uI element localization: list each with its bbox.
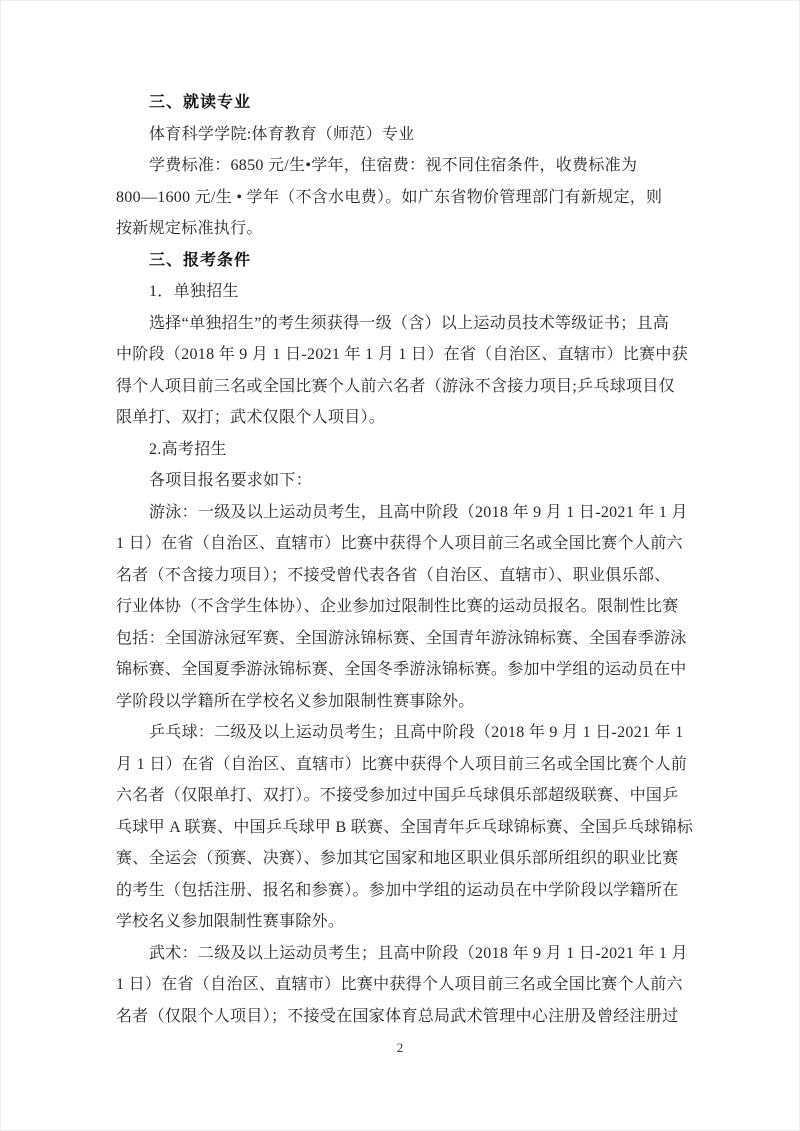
- page-number: 2: [0, 1040, 800, 1056]
- text-table-tennis-line2: 月 1 日）在省（自治区、直辖市）比赛中获得个人项目前三名或全国比赛个人前: [116, 749, 688, 781]
- text-swimming-line5: 包括：全国游泳冠军赛、全国游泳锦标赛、全国青年游泳锦标赛、全国春季游泳: [116, 623, 688, 655]
- text-table-tennis-line1: 乒乓球：二级及以上运动员考生；且高中阶段（2018 年 9 月 1 日-2021…: [116, 717, 688, 749]
- text-table-tennis-line3: 六名者（仅限单打、双打）。不接受参加过中国乒乓球俱乐部超级联赛、中国乒: [116, 780, 688, 812]
- text-swimming-line1: 游泳：一级及以上运动员考生，且高中阶段（2018 年 9 月 1 日-2021 …: [116, 497, 688, 529]
- text-tuition-fee-line1: 学费标准：6850 元/生•学年，住宿费：视不同住宿条件，收费标准为: [116, 150, 688, 182]
- text-separate-enrollment-line4: 限单打、双打；武术仅限个人项目）。: [116, 402, 688, 434]
- heading-application-requirements: 三、报考条件: [116, 245, 688, 277]
- text-requirements-intro: 各项目报名要求如下：: [116, 465, 688, 497]
- text-wushu-line1: 武术：二级及以上运动员考生；且高中阶段（2018 年 9 月 1 日-2021 …: [116, 938, 688, 970]
- text-swimming-line4: 行业体协（不含学生体协）、企业参加过限制性比赛的运动员报名。限制性比赛: [116, 591, 688, 623]
- text-swimming-line2: 1 日）在省（自治区、直辖市）比赛中获得个人项目前三名或全国比赛个人前六: [116, 528, 688, 560]
- text-separate-enrollment-line2: 中阶段（2018 年 9 月 1 日-2021 年 1 月 1 日）在省（自治区…: [116, 339, 688, 371]
- text-swimming-line6: 锦标赛、全国夏季游泳锦标赛、全国冬季游泳锦标赛。参加中学组的运动员在中: [116, 654, 688, 686]
- text-separate-enrollment-line3: 得个人项目前三名或全国比赛个人前六名者（游泳不含接力项目;乒乓球项目仅: [116, 371, 688, 403]
- text-tuition-fee-line3: 按新规定标准执行。: [116, 213, 688, 245]
- document-page: 三、就读专业 体育科学学院:体育教育（师范）专业 学费标准：6850 元/生•学…: [0, 0, 800, 1131]
- subheading-gaokao-enrollment: 2.高考招生: [116, 434, 688, 466]
- text-table-tennis-line4: 乓球甲 A 联赛、中国乒乓球甲 B 联赛、全国青年乒乓球锦标赛、全国乒乓球锦标: [116, 812, 688, 844]
- text-wushu-line3: 名者（仅限个人项目）；不接受在国家体育总局武术管理中心注册及曾经注册过: [116, 1001, 688, 1033]
- text-table-tennis-line5: 赛、全运会（预赛、决赛）、参加其它国家和地区职业俱乐部所组织的职业比赛: [116, 843, 688, 875]
- document-body: 三、就读专业 体育科学学院:体育教育（师范）专业 学费标准：6850 元/生•学…: [116, 87, 688, 1032]
- text-separate-enrollment-line1: 选择“单独招生”的考生须获得一级（含）以上运动员技术等级证书；且高: [116, 308, 688, 340]
- text-table-tennis-line6: 的考生（包括注册、报名和参赛）。参加中学组的运动员在中学阶段以学籍所在: [116, 875, 688, 907]
- text-college-and-major: 体育科学学院:体育教育（师范）专业: [116, 119, 688, 151]
- subheading-separate-enrollment: 1．单独招生: [116, 276, 688, 308]
- text-swimming-line7: 学阶段以学籍所在学校名义参加限制性赛事除外。: [116, 686, 688, 718]
- text-table-tennis-line7: 学校名义参加限制性赛事除外。: [116, 906, 688, 938]
- text-swimming-line3: 名者（不含接力项目）；不接受曾代表各省（自治区、直辖市）、职业俱乐部、: [116, 560, 688, 592]
- text-tuition-fee-line2: 800—1600 元/生 • 学年（不含水电费）。如广东省物价管理部门有新规定，…: [116, 182, 688, 214]
- heading-study-major: 三、就读专业: [116, 87, 688, 119]
- text-wushu-line2: 1 日）在省（自治区、直辖市）比赛中获得个人项目前三名或全国比赛个人前六: [116, 969, 688, 1001]
